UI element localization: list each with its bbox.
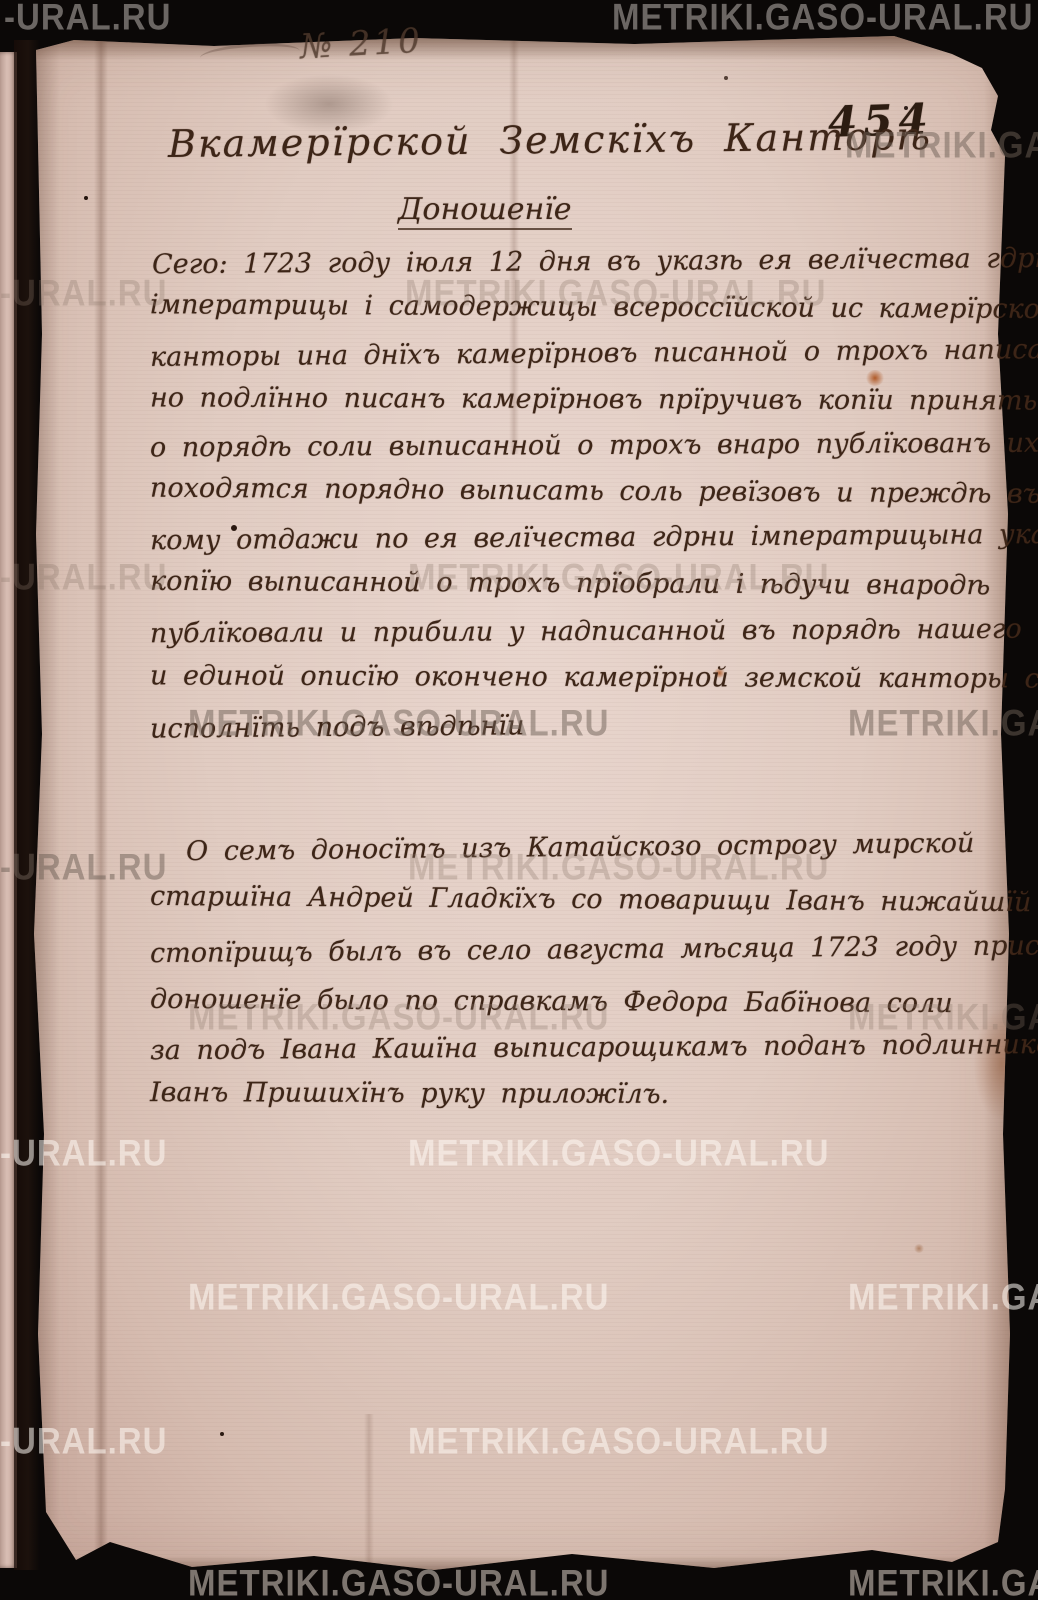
watermark-text: METRIKI.GA <box>848 1276 1038 1319</box>
watermark-text: METRIKI.GA <box>845 124 1038 167</box>
watermark-text: METRIKI.GASO-URAL.RU <box>408 556 829 599</box>
watermark-text: METRIKI.GASO-URAL.RU <box>188 702 609 745</box>
handwritten-line: и единой описїю окончено камерїрной земс… <box>150 660 1038 694</box>
ink-specks <box>84 196 88 200</box>
watermark-text: -URAL.RU <box>4 0 171 39</box>
watermark-text: METRIKI.GA <box>848 1562 1038 1600</box>
watermark-text: METRIKI.GA <box>848 702 1038 745</box>
handwritten-line: кому отдажи по ея велїчества гдрни імпер… <box>150 519 1038 556</box>
watermark-text: METRIKI.GASO-URAL.RU <box>188 996 609 1039</box>
watermark-text: -URAL.RU <box>0 1420 167 1463</box>
watermark-text: METRIKI.GASO-URAL.RU <box>612 0 1033 39</box>
watermark-text: -URAL.RU <box>0 556 167 599</box>
handwritten-line: но подлїнно писанъ камерїрновъ прїручивъ… <box>150 382 1037 416</box>
watermark-text: METRIKI.GASO-URAL.RU <box>188 1562 609 1600</box>
paper-fold-line <box>94 34 108 1578</box>
watermark-text: METRIKI.GASO-URAL.RU <box>408 1420 829 1463</box>
watermark-text: METRIKI.GASO-URAL.RU <box>408 846 829 889</box>
watermark-text: METRIKI.GASO-URAL.RU <box>408 1132 829 1175</box>
foxing-spot <box>914 1244 924 1253</box>
watermark-text: METRIKI.GASO-URAL.RU <box>188 1276 609 1319</box>
scan-photo-frame: № 210 454 Вкамерїрской Земскїхъ Канторѣ … <box>0 0 1038 1600</box>
watermark-text: METRIKI.GA <box>848 996 1038 1039</box>
handwritten-line: о порядѣ соли выписанной о трохъ внаро п… <box>150 428 1038 464</box>
binding-gutter-shadow <box>14 40 40 1570</box>
watermark-text: METRIKI.GASO-URAL.RU <box>405 272 826 315</box>
watermark-text: -URAL.RU <box>0 272 167 315</box>
document-heading: Вкамерїрской Земскїхъ Канторѣ <box>168 114 932 166</box>
rust-stain <box>866 370 884 386</box>
watermark-text: -URAL.RU <box>0 1132 167 1175</box>
handwritten-line: Іванъ Пришихїнъ руку приложїлъ. <box>150 1077 669 1110</box>
archival-number-note: № 210 <box>299 21 424 67</box>
watermark-text: -URAL.RU <box>0 846 167 889</box>
paper-fold-line <box>364 1414 374 1578</box>
document-subheading: Доношенїе <box>398 192 572 230</box>
handwritten-line: публїковали и прибили у надписанной въ п… <box>150 614 1022 650</box>
